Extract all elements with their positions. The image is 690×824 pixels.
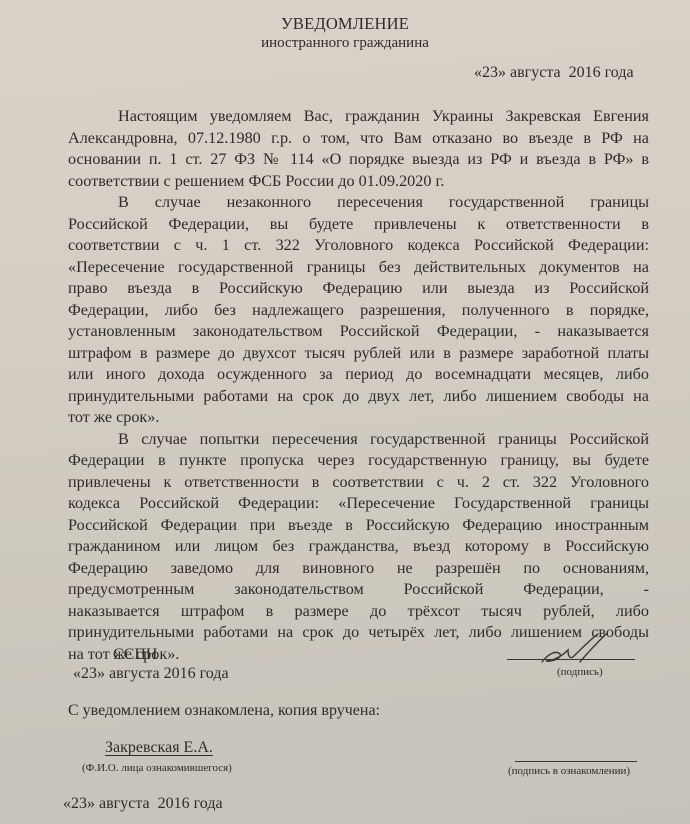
text-line: тот же срок». bbox=[68, 407, 649, 429]
acknowledgement-date: «23» августа 2016 года bbox=[63, 795, 223, 813]
text-line: кодекса Российской Федерации: «Пересечен… bbox=[68, 493, 649, 515]
text-line: гражданином или лицом без гражданства, в… bbox=[68, 536, 649, 558]
acknowledgement-signature-line bbox=[515, 761, 637, 762]
text-line: Федерации в пункте пропуска через госуда… bbox=[68, 450, 649, 472]
issuer-signature-caption: (подпись) bbox=[557, 666, 603, 678]
text-line: Российской Федерации, вы будете привлече… bbox=[68, 214, 649, 236]
text-line: принудительными работами на срок до двух… bbox=[68, 386, 649, 408]
document-subtitle: иностранного гражданина bbox=[0, 35, 690, 52]
handwritten-signature-icon bbox=[538, 632, 618, 666]
document-date: «23» августа 2016 года bbox=[474, 64, 634, 82]
acknowledged-name-caption: (Ф.И.О. лица ознакомившегося) bbox=[82, 762, 232, 774]
text-line: Российской Федерации при въезде в Россий… bbox=[68, 515, 649, 537]
paragraph-article-322-part-2: В случае попытки пересечения государстве… bbox=[68, 429, 649, 666]
text-line: «Пересечение государственной границы без… bbox=[68, 257, 649, 279]
text-line: право въезда в Российскую Федерацию или … bbox=[68, 278, 649, 300]
paragraph-refusal: Настоящим уведомляем Вас, гражданин Укра… bbox=[68, 106, 649, 192]
text-line: Федерацию заведомо для виновного не разр… bbox=[68, 558, 649, 580]
text-line: привлечены к ответственности в соответст… bbox=[68, 472, 649, 494]
text-line: основании п. 1 ст. 27 ФЗ № 114 «О порядк… bbox=[68, 149, 649, 171]
document-title: УВЕДОМЛЕНИЕ bbox=[0, 14, 690, 34]
text-line: Настоящим уведомляем Вас, гражданин Укра… bbox=[68, 106, 649, 128]
acknowledgement-signature-caption: (подпись в ознакомлении) bbox=[508, 765, 630, 777]
text-line: предусмотренным законодательством Россий… bbox=[68, 579, 649, 601]
acknowledgement-text: С уведомлением ознакомлена, копия вручен… bbox=[68, 702, 380, 720]
text-line: установленным законодательством Российск… bbox=[68, 321, 649, 343]
issuer-org: ССПН bbox=[113, 646, 157, 664]
notice-document: УВЕДОМЛЕНИЕ иностранного гражданина «23»… bbox=[0, 0, 690, 824]
text-line: В случае попытки пересечения государстве… bbox=[68, 429, 649, 451]
paragraph-article-322-part-1: В случае незаконного пересечения государ… bbox=[68, 192, 649, 429]
text-line: Федерации, либо без надлежащего разрешен… bbox=[68, 300, 649, 322]
issuer-date: «23» августа 2016 года bbox=[73, 665, 229, 683]
issuer-signature-line bbox=[507, 659, 635, 660]
acknowledged-person-name: Закревская Е.А. bbox=[105, 739, 213, 757]
text-line: соответствии с ч. 1 ст. 322 Уголовного к… bbox=[68, 235, 649, 257]
text-line: наказывается штрафом в размере до трёхсо… bbox=[68, 601, 649, 623]
text-line: штрафом в размере до двухсот тысяч рубле… bbox=[68, 343, 649, 365]
text-line: Александровна, 07.12.1980 г.р. о том, чт… bbox=[68, 128, 649, 150]
text-line: или иного дохода осужденного за период д… bbox=[68, 364, 649, 386]
document-body: Настоящим уведомляем Вас, гражданин Укра… bbox=[68, 106, 649, 665]
text-line: соответствии с решением ФСБ России до 01… bbox=[68, 171, 649, 193]
text-line: В случае незаконного пересечения государ… bbox=[68, 192, 649, 214]
